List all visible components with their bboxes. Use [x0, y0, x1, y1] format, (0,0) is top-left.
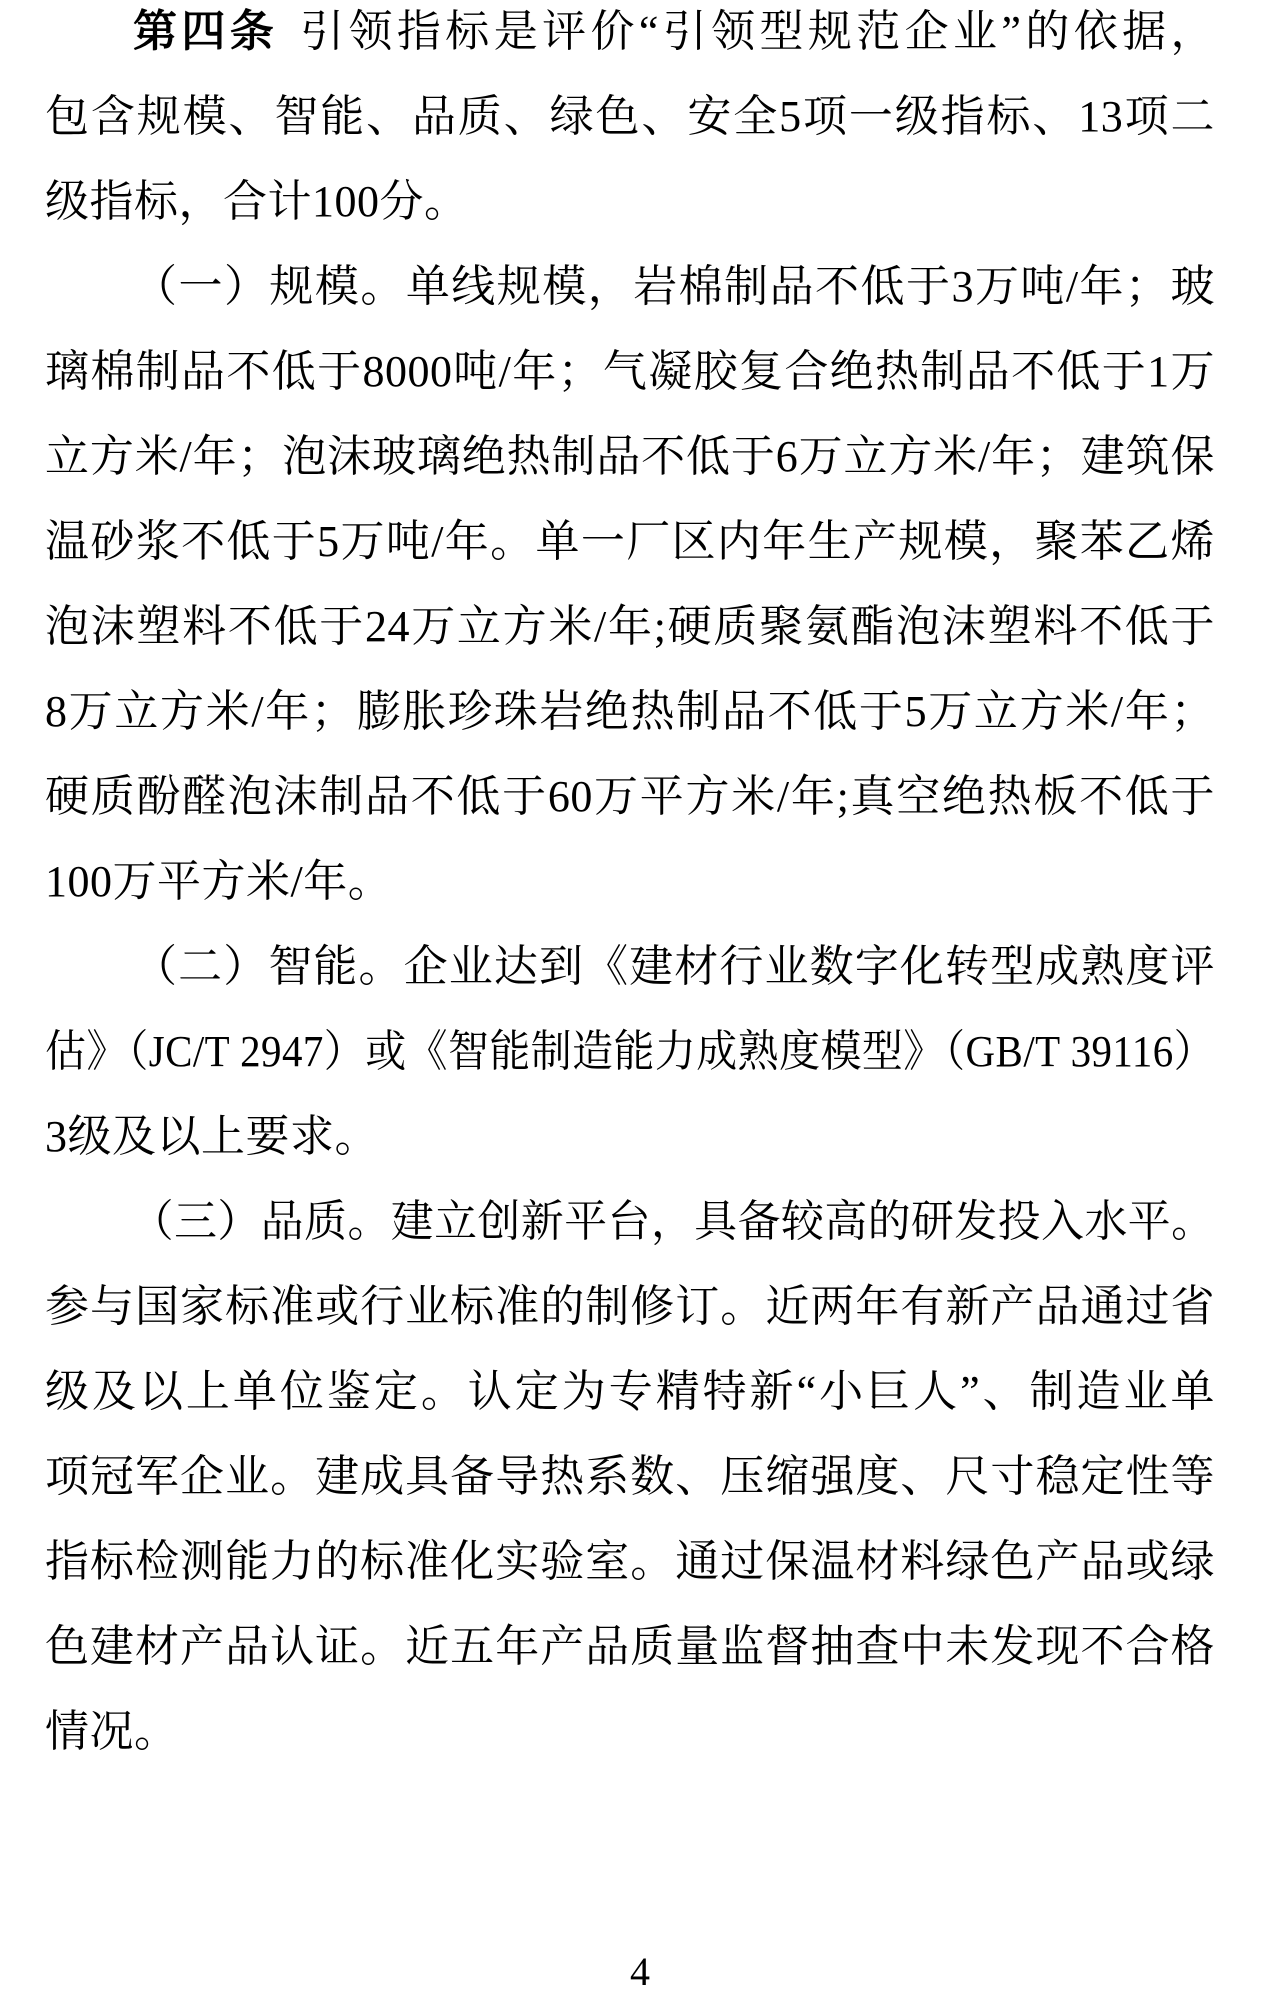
- text-line: 项冠军企业。建成具备导热系数、压缩强度、尺寸稳定性等: [45, 1434, 1215, 1519]
- text-line: 立方米/年；泡沫玻璃绝热制品不低于6万立方米/年；建筑保: [45, 414, 1215, 499]
- paragraph-clause-4: 第四条引领指标是评价“引领型规范企业”的依据， 包含规模、智能、品质、绿色、安全…: [45, 0, 1215, 244]
- text-line: 璃棉制品不低于8000吨/年；气凝胶复合绝热制品不低于1万: [45, 329, 1215, 414]
- text-line: （二）智能。企业达到《建材行业数字化转型成熟度评: [45, 924, 1215, 1009]
- document-page: 第四条引领指标是评价“引领型规范企业”的依据， 包含规模、智能、品质、绿色、安全…: [0, 0, 1280, 1998]
- paragraph-item-2-intelligence: （二）智能。企业达到《建材行业数字化转型成熟度评 估》（JC/T 2947）或《…: [45, 924, 1215, 1179]
- text-line: （三）品质。建立创新平台，具备较高的研发投入水平。: [45, 1179, 1185, 1264]
- text-line: 硬质酚醛泡沫制品不低于60万平方米/年;真空绝热板不低于: [45, 754, 1215, 839]
- text-line: 级及以上单位鉴定。认定为专精特新“小巨人”、制造业单: [45, 1349, 1215, 1434]
- text-line: 100万平方米/年。: [45, 839, 1215, 924]
- clause-label: 第四条: [133, 7, 278, 56]
- text-line: 温砂浆不低于5万吨/年。单一厂区内年生产规模，聚苯乙烯: [45, 499, 1215, 584]
- text-line: 色建材产品认证。近五年产品质量监督抽查中未发现不合格: [45, 1604, 1215, 1689]
- paragraph-item-1-scale: （一）规模。单线规模，岩棉制品不低于3万吨/年；玻 璃棉制品不低于8000吨/年…: [45, 244, 1215, 924]
- text-line: 8万立方米/年；膨胀珍珠岩绝热制品不低于5万立方米/年；: [45, 669, 1215, 754]
- text-line: 3级及以上要求。: [45, 1094, 1215, 1179]
- text-line: （一）规模。单线规模，岩棉制品不低于3万吨/年；玻: [45, 244, 1215, 329]
- document-body: 第四条引领指标是评价“引领型规范企业”的依据， 包含规模、智能、品质、绿色、安全…: [45, 0, 1215, 1774]
- text-line: 情况。: [45, 1689, 1215, 1774]
- text-line: 泡沫塑料不低于24万立方米/年;硬质聚氨酯泡沫塑料不低于: [45, 584, 1215, 669]
- paragraph-item-3-quality: （三）品质。建立创新平台，具备较高的研发投入水平。 参与国家标准或行业标准的制修…: [45, 1179, 1215, 1774]
- page-number: 4: [0, 1948, 1280, 1996]
- text-line: 参与国家标准或行业标准的制修订。近两年有新产品通过省: [45, 1264, 1215, 1349]
- text-line: 指标检测能力的标准化实验室。通过保温材料绿色产品或绿: [45, 1519, 1215, 1604]
- text-line: 估》（JC/T 2947）或《智能制造能力成熟度模型》（GB/T 39116）: [45, 1009, 1133, 1094]
- text-line: 级指标，合计100分。: [45, 159, 1215, 244]
- text-run: 引领指标是评价“引领型规范企业”的依据，: [300, 7, 1215, 56]
- text-line: 包含规模、智能、品质、绿色、安全5项一级指标、13项二: [45, 74, 1215, 159]
- text-line: 第四条引领指标是评价“引领型规范企业”的依据，: [45, 0, 1215, 74]
